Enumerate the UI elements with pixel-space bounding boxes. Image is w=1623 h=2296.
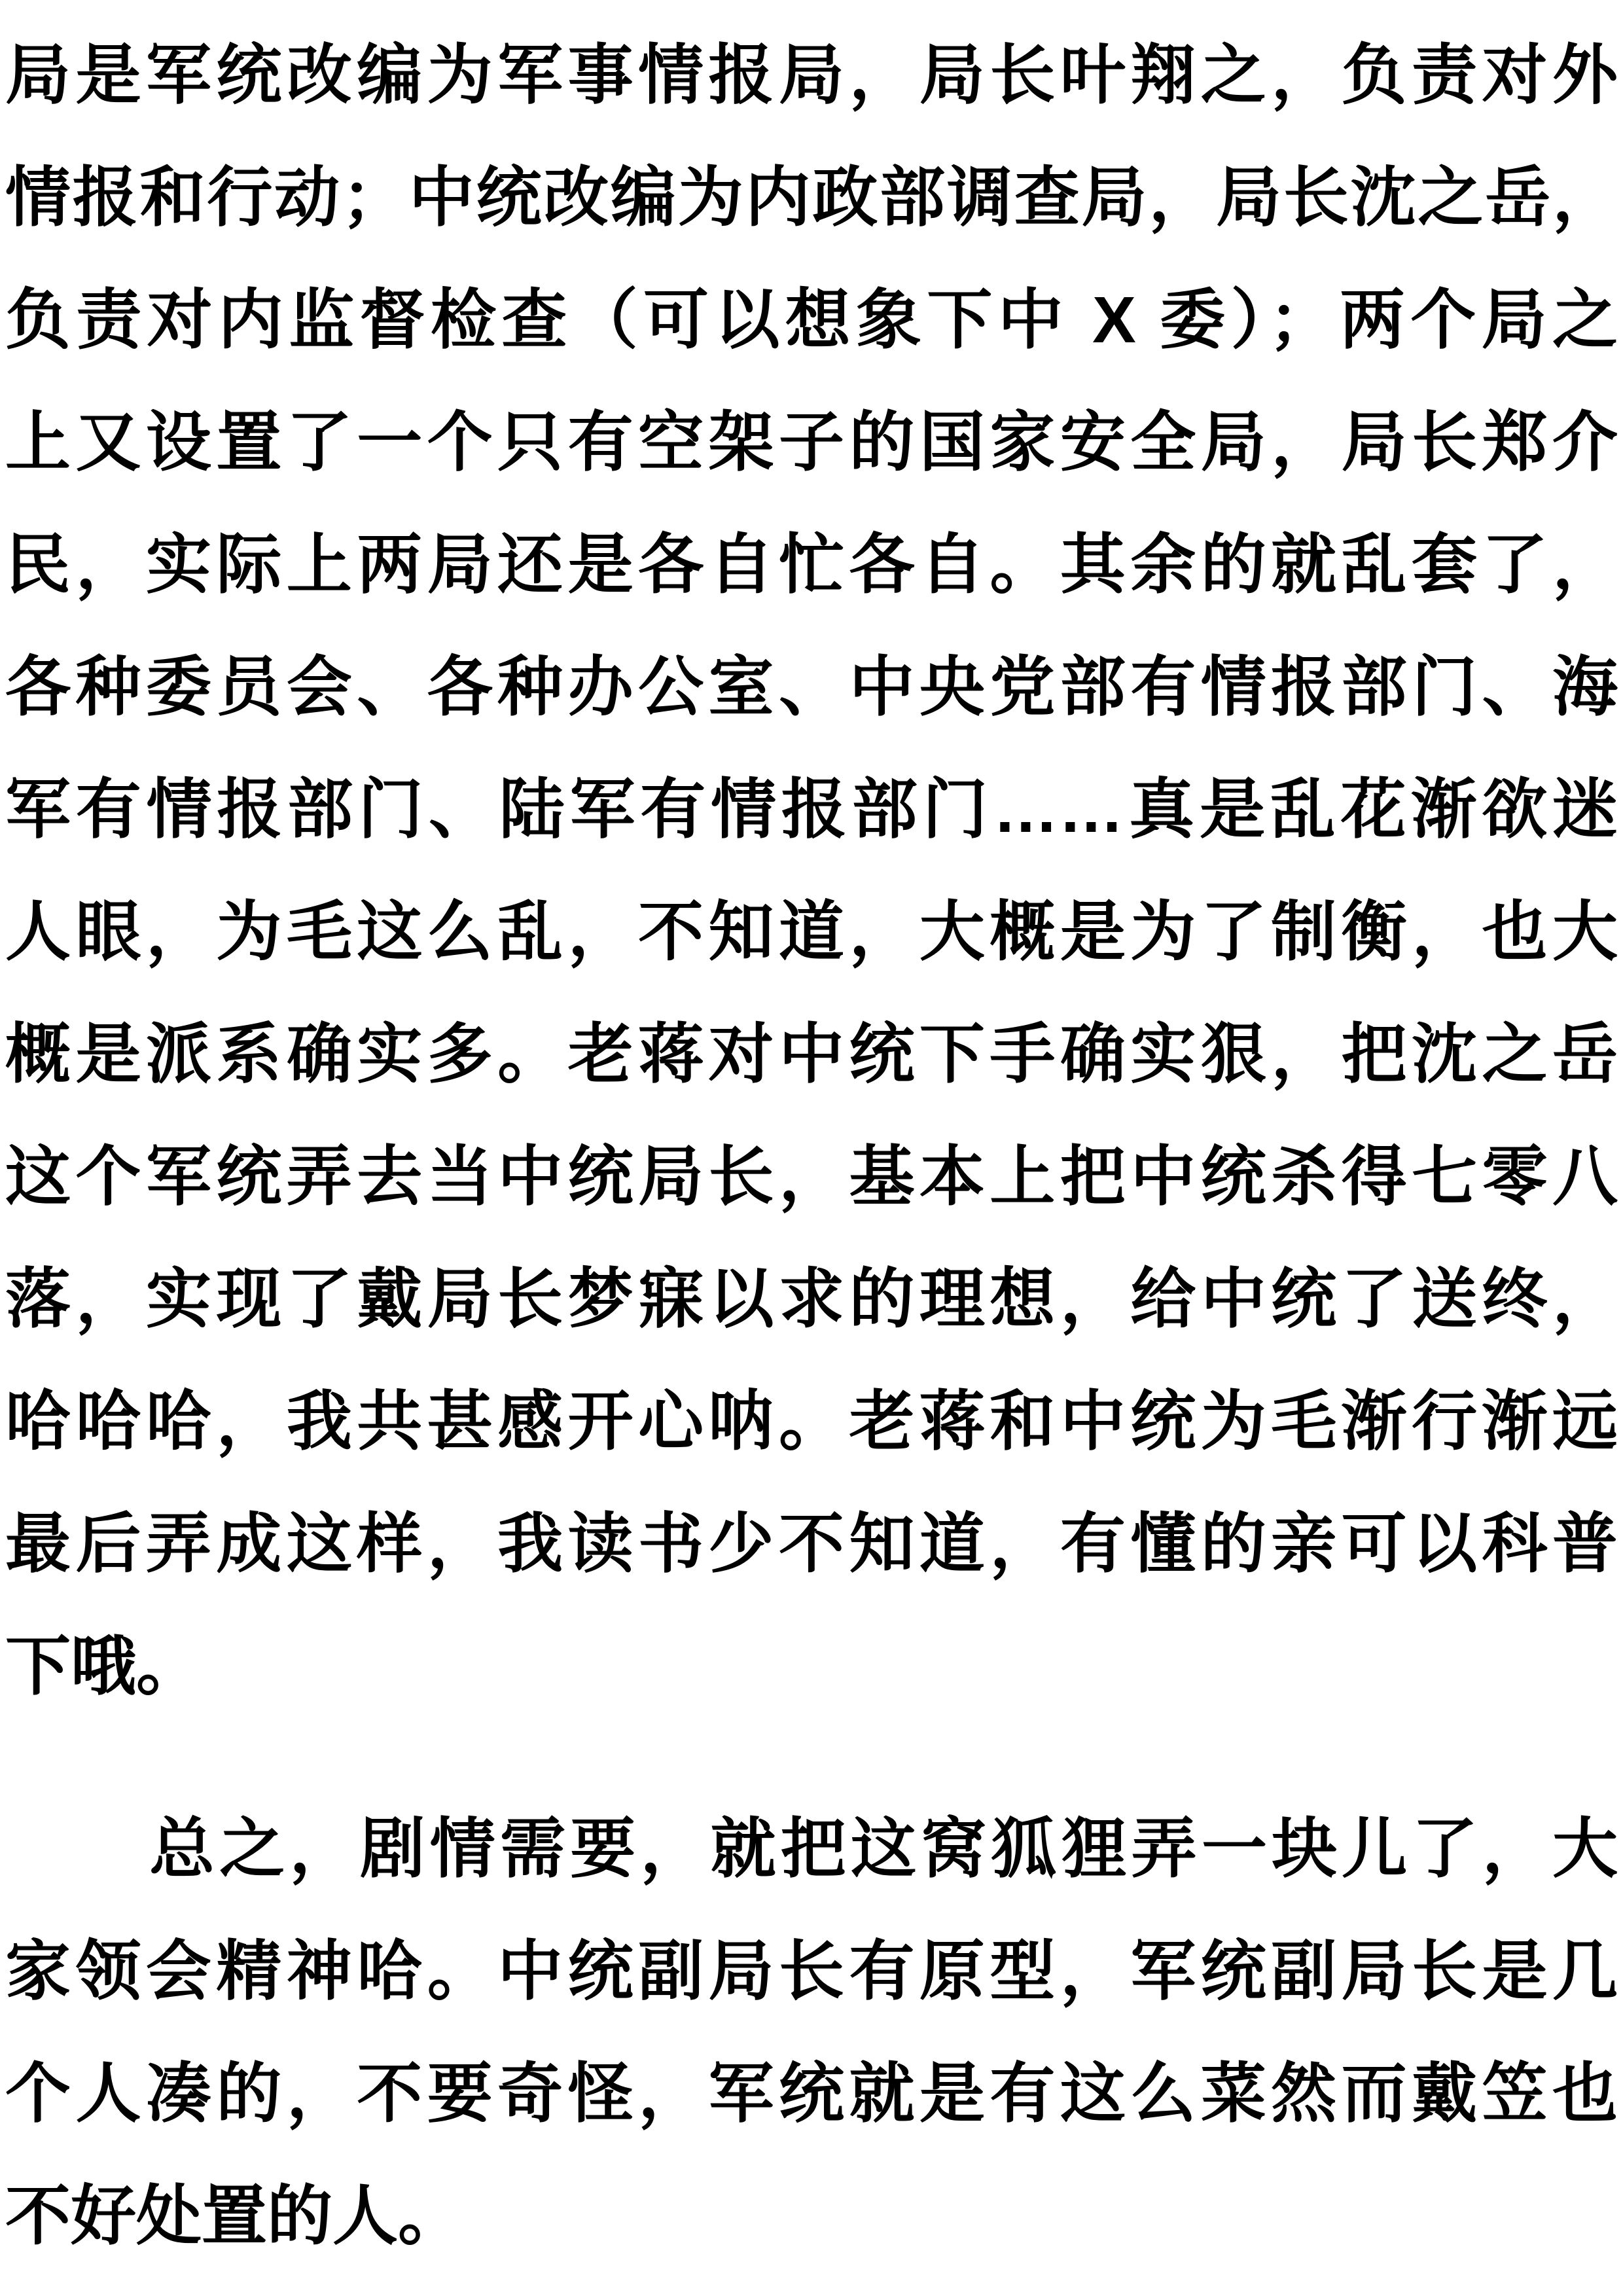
text-line: 人眼，为毛这么乱，不知道，大概是为了制衡，也大 xyxy=(5,871,1618,994)
paragraph: 局是军统改编为军事情报局，局长叶翔之，负责对外情报和行动；中统改编为内政部调查局… xyxy=(5,14,1618,1728)
text-line: 民，实际上两局还是各自忙各自。其余的就乱套了， xyxy=(5,504,1618,626)
text-line: 上又设置了一个只有空架子的国家安全局，局长郑介 xyxy=(5,382,1618,504)
text-line: 下哦。 xyxy=(5,1605,1618,1728)
page: 局是军统改编为军事情报局，局长叶翔之，负责对外情报和行动；中统改编为内政部调查局… xyxy=(0,0,1623,2296)
text-line: 不好处置的人。 xyxy=(5,2155,1618,2278)
text-line: 负责对内监督检查（可以想象下中 X 委）；两个局之 xyxy=(5,259,1618,382)
text-line: 个人凑的，不要奇怪，军统就是有这么菜然而戴笠也 xyxy=(5,2033,1618,2155)
text-line: 落，实现了戴局长梦寐以求的理想，给中统了送终， xyxy=(5,1238,1618,1361)
document-page: { "page": { "background": "#ffffff", "te… xyxy=(0,0,1623,2296)
text-content: 局是军统改编为军事情报局，局长叶翔之，负责对外情报和行动；中统改编为内政部调查局… xyxy=(5,14,1618,2278)
text-line: 军有情报部门、陆军有情报部门……真是乱花渐欲迷 xyxy=(5,749,1618,871)
text-line: 情报和行动；中统改编为内政部调查局，局长沈之岳， xyxy=(5,137,1618,259)
text-line: 哈哈哈，我共甚感开心呐。老蒋和中统为毛渐行渐远 xyxy=(5,1361,1618,1483)
text-line: 最后弄成这样，我读书少不知道，有懂的亲可以科普 xyxy=(5,1483,1618,1605)
text-line: 家领会精神哈。中统副局长有原型，军统副局长是几 xyxy=(5,1910,1618,2033)
text-line: 总之，剧情需要，就把这窝狐狸弄一块儿了，大 xyxy=(5,1788,1618,1910)
paragraph: 总之，剧情需要，就把这窝狐狸弄一块儿了，大家领会精神哈。中统副局长有原型，军统副… xyxy=(5,1788,1618,2278)
text-line: 局是军统改编为军事情报局，局长叶翔之，负责对外 xyxy=(5,14,1618,137)
text-line: 这个军统弄去当中统局长，基本上把中统杀得七零八 xyxy=(5,1116,1618,1238)
text-line: 各种委员会、各种办公室、中央党部有情报部门、海 xyxy=(5,626,1618,749)
text-line: 概是派系确实多。老蒋对中统下手确实狠，把沈之岳 xyxy=(5,994,1618,1116)
